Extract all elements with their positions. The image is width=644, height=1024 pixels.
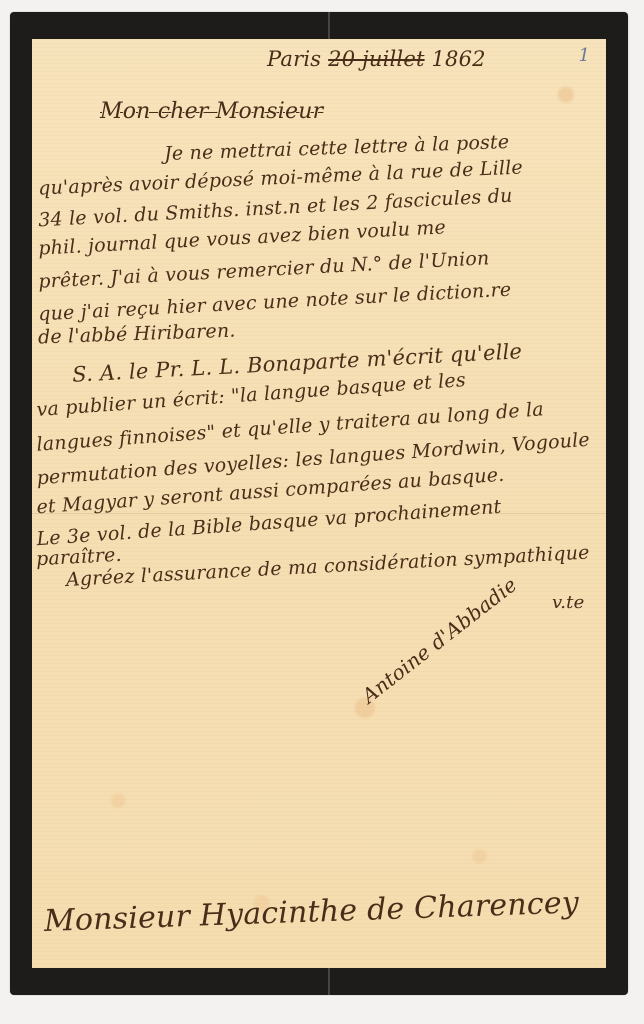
fold-crease-top [328,12,330,39]
date-day-month: 20 juillet [328,47,424,71]
signature: Antoine d'Abbadie [357,572,521,708]
fold-crease-bottom [328,968,330,995]
salutation: Mon cher Monsieur [100,99,323,124]
date-line: Paris 20 juillet 1862 [267,47,486,71]
addressee-line: Monsieur Hyacinthe de Charencey [43,885,579,939]
page-number: 1 [579,45,590,66]
letter-paper: Paris 20 juillet 1862 1 Mon cher Monsieu… [32,39,606,968]
body-line-7: de l'abbé Hiribaren. [38,320,236,349]
date-place: Paris [267,47,321,71]
signature-suffix: v.te [552,592,584,613]
date-year: 1862 [431,47,485,71]
